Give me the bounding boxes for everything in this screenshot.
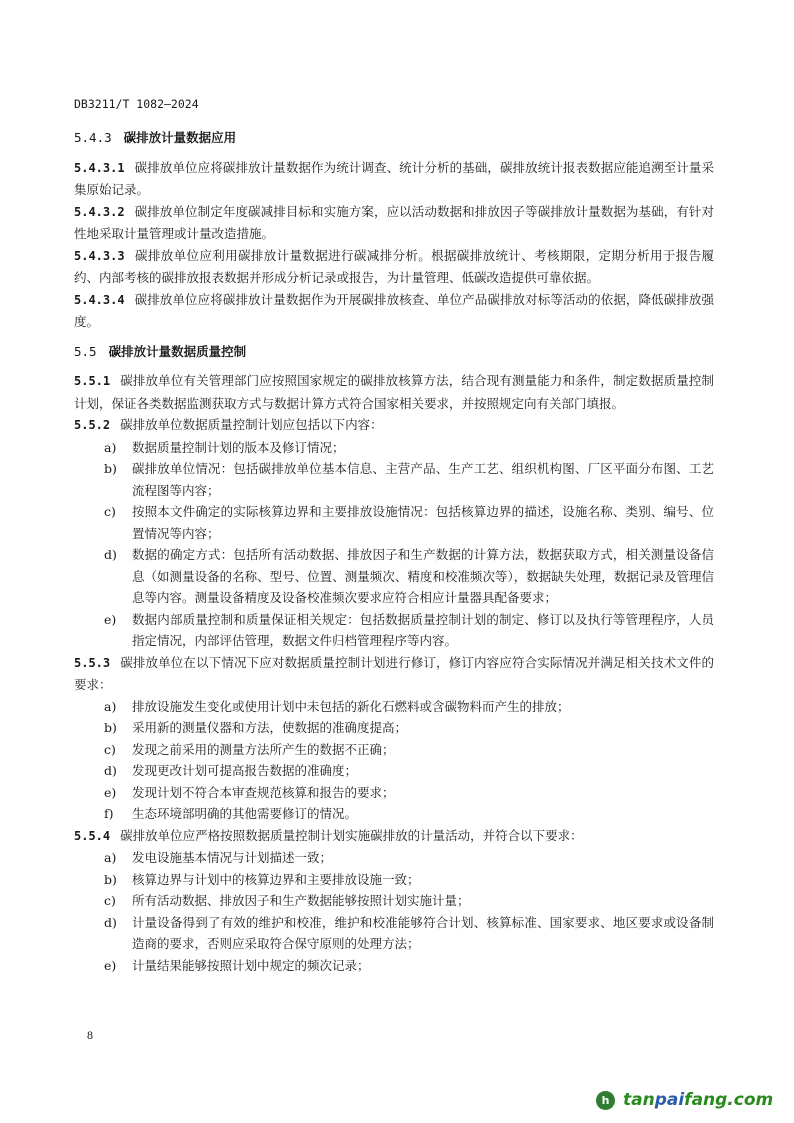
list-marker: e) bbox=[104, 609, 116, 631]
clause-5-4-3-2: 5.4.3.2碳排放单位制定年度碳减排目标和实施方案，应以活动数据和排放因子等碳… bbox=[74, 201, 714, 245]
document-id: DB3211/T 1082—2024 bbox=[74, 97, 199, 111]
clause-text: 碳排放单位有关管理部门应按照国家规定的碳排放核算方法，结合现有测量能力和条件，制… bbox=[74, 373, 714, 411]
clause-text: 碳排放单位应利用碳排放计量数据进行碳减排分析。根据碳排放统计、考核期限，定期分析… bbox=[74, 248, 714, 286]
list-item: f)生态环境部明确的其他需要修订的情况。 bbox=[74, 803, 714, 825]
list-marker: a) bbox=[104, 696, 116, 718]
list-item-text: 所有活动数据、排放因子和生产数据能够按照计划实施计量； bbox=[132, 893, 470, 908]
list-item-text: 生态环境部明确的其他需要修订的情况。 bbox=[132, 806, 357, 821]
clause-text: 碳排放单位数据质量控制计划应包括以下内容： bbox=[120, 417, 383, 432]
clause-number: 5.4.3.1 bbox=[74, 161, 125, 175]
heading-5-5: 5.5碳排放计量数据质量控制 bbox=[74, 341, 714, 363]
watermark-text: tanpaifang.com bbox=[623, 1090, 773, 1110]
list-item: b)碳排放单位情况：包括碳排放单位基本信息、主营产品、生产工艺、组织机构图、厂区… bbox=[74, 458, 714, 501]
heading-number: 5.4.3 bbox=[74, 130, 112, 145]
clause-number: 5.4.3.2 bbox=[74, 205, 125, 219]
page-number: 8 bbox=[87, 1028, 93, 1043]
list-item-text: 数据内部质量控制和质量保证相关规定：包括数据质量控制计划的制定、修订以及执行等管… bbox=[132, 612, 714, 649]
clause-number: 5.5.4 bbox=[74, 829, 110, 843]
clause-5-5-2-list: a)数据质量控制计划的版本及修订情况； b)碳排放单位情况：包括碳排放单位基本信… bbox=[74, 437, 714, 652]
clause-5-5-4: 5.5.4碳排放单位应严格按照数据质量控制计划实施碳排放的计量活动，并符合以下要… bbox=[74, 825, 714, 848]
list-item: c)按照本文件确定的实际核算边界和主要排放设施情况：包括核算边界的描述，设施名称… bbox=[74, 501, 714, 544]
list-item-text: 按照本文件确定的实际核算边界和主要排放设施情况：包括核算边界的描述，设施名称、类… bbox=[132, 504, 714, 541]
list-item-text: 发现更改计划可提高报告数据的准确度； bbox=[132, 763, 357, 778]
list-marker: b) bbox=[104, 717, 117, 739]
clause-5-4-3-4: 5.4.3.4碳排放单位应将碳排放计量数据作为开展碳排放核查、单位产品碳排放对标… bbox=[74, 289, 714, 333]
list-marker: d) bbox=[104, 760, 117, 782]
list-marker: b) bbox=[104, 869, 117, 891]
list-item-text: 发电设施基本情况与计划描述一致； bbox=[132, 850, 332, 865]
clause-number: 5.5.3 bbox=[74, 656, 110, 670]
clause-text: 碳排放单位在以下情况下应对数据质量控制计划进行修订，修订内容应符合实际情况并满足… bbox=[74, 655, 714, 693]
list-marker: d) bbox=[104, 912, 117, 934]
heading-5-4-3: 5.4.3碳排放计量数据应用 bbox=[74, 127, 714, 149]
list-item: e)计量结果能够按照计划中规定的频次记录； bbox=[74, 955, 714, 977]
list-item: e)发现计划不符合本审查规范核算和报告的要求； bbox=[74, 782, 714, 804]
clause-text: 碳排放单位应将碳排放计量数据作为开展碳排放核查、单位产品碳排放对标等活动的依据，… bbox=[74, 292, 714, 330]
clause-text: 碳排放单位应严格按照数据质量控制计划实施碳排放的计量活动，并符合以下要求： bbox=[120, 828, 583, 843]
list-item-text: 数据的确定方式：包括所有活动数据、排放因子和生产数据的计算方法，数据获取方式，相… bbox=[132, 547, 714, 605]
list-item-text: 计量设备得到了有效的维护和校准，维护和校准能够符合计划、核算标准、国家要求、地区… bbox=[132, 915, 714, 952]
list-marker: a) bbox=[104, 437, 116, 459]
clause-text: 碳排放单位制定年度碳减排目标和实施方案，应以活动数据和排放因子等碳排放计量数据为… bbox=[74, 204, 714, 242]
list-item: b)核算边界与计划中的核算边界和主要排放设施一致； bbox=[74, 869, 714, 891]
list-item: b)采用新的测量仪器和方法，使数据的准确度提高； bbox=[74, 717, 714, 739]
list-marker: a) bbox=[104, 847, 116, 869]
list-item: a)数据质量控制计划的版本及修订情况； bbox=[74, 437, 714, 459]
heading-title: 碳排放计量数据质量控制 bbox=[109, 344, 247, 359]
clause-number: 5.4.3.3 bbox=[74, 249, 125, 263]
document-body: 5.4.3碳排放计量数据应用 5.4.3.1碳排放单位应将碳排放计量数据作为统计… bbox=[74, 127, 714, 976]
list-item-text: 计量结果能够按照计划中规定的频次记录； bbox=[132, 958, 370, 973]
list-marker: b) bbox=[104, 458, 117, 480]
clause-5-5-1: 5.5.1碳排放单位有关管理部门应按照国家规定的碳排放核算方法，结合现有测量能力… bbox=[74, 370, 714, 414]
clause-number: 5.4.3.4 bbox=[74, 293, 125, 307]
list-marker: c) bbox=[104, 501, 116, 523]
heading-title: 碳排放计量数据应用 bbox=[124, 130, 237, 145]
list-item: d)计量设备得到了有效的维护和校准，维护和校准能够符合计划、核算标准、国家要求、… bbox=[74, 912, 714, 955]
clause-5-5-3: 5.5.3碳排放单位在以下情况下应对数据质量控制计划进行修订，修订内容应符合实际… bbox=[74, 652, 714, 696]
list-item: c)所有活动数据、排放因子和生产数据能够按照计划实施计量； bbox=[74, 890, 714, 912]
list-item-text: 发现计划不符合本审查规范核算和报告的要求； bbox=[132, 785, 395, 800]
watermark: h tanpaifang.com bbox=[596, 1090, 773, 1110]
tanpaifang-logo-icon: h bbox=[596, 1091, 615, 1110]
clause-text: 碳排放单位应将碳排放计量数据作为统计调查、统计分析的基础，碳排放统计报表数据应能… bbox=[74, 160, 714, 198]
list-item: a)排放设施发生变化或使用计划中未包括的新化石燃料或含碳物料而产生的排放； bbox=[74, 696, 714, 718]
list-item: e)数据内部质量控制和质量保证相关规定：包括数据质量控制计划的制定、修订以及执行… bbox=[74, 609, 714, 652]
list-item-text: 排放设施发生变化或使用计划中未包括的新化石燃料或含碳物料而产生的排放； bbox=[132, 699, 570, 714]
list-item: c)发现之前采用的测量方法所产生的数据不正确； bbox=[74, 739, 714, 761]
list-item-text: 核算边界与计划中的核算边界和主要排放设施一致； bbox=[132, 872, 420, 887]
list-marker: c) bbox=[104, 890, 116, 912]
watermark-part: fang.com bbox=[684, 1090, 773, 1110]
list-item-text: 采用新的测量仪器和方法，使数据的准确度提高； bbox=[132, 720, 407, 735]
list-item: d)数据的确定方式：包括所有活动数据、排放因子和生产数据的计算方法，数据获取方式… bbox=[74, 544, 714, 609]
watermark-part: tan bbox=[623, 1090, 655, 1110]
clause-number: 5.5.1 bbox=[74, 374, 110, 388]
watermark-part: pai bbox=[655, 1090, 684, 1110]
list-marker: e) bbox=[104, 782, 116, 804]
clause-5-4-3-3: 5.4.3.3碳排放单位应利用碳排放计量数据进行碳减排分析。根据碳排放统计、考核… bbox=[74, 245, 714, 289]
list-item-text: 数据质量控制计划的版本及修订情况； bbox=[132, 440, 345, 455]
list-marker: c) bbox=[104, 739, 116, 761]
list-marker: f) bbox=[104, 803, 114, 825]
clause-5-5-4-list: a)发电设施基本情况与计划描述一致； b)核算边界与计划中的核算边界和主要排放设… bbox=[74, 847, 714, 976]
list-item: d)发现更改计划可提高报告数据的准确度； bbox=[74, 760, 714, 782]
list-item-text: 碳排放单位情况：包括碳排放单位基本信息、主营产品、生产工艺、组织机构图、厂区平面… bbox=[132, 461, 714, 498]
clause-number: 5.5.2 bbox=[74, 418, 110, 432]
list-item: a)发电设施基本情况与计划描述一致； bbox=[74, 847, 714, 869]
list-marker: e) bbox=[104, 955, 116, 977]
heading-number: 5.5 bbox=[74, 344, 97, 359]
list-marker: d) bbox=[104, 544, 117, 566]
clause-5-5-2: 5.5.2碳排放单位数据质量控制计划应包括以下内容： bbox=[74, 414, 714, 437]
clause-5-5-3-list: a)排放设施发生变化或使用计划中未包括的新化石燃料或含碳物料而产生的排放； b)… bbox=[74, 696, 714, 825]
list-item-text: 发现之前采用的测量方法所产生的数据不正确； bbox=[132, 742, 395, 757]
clause-5-4-3-1: 5.4.3.1碳排放单位应将碳排放计量数据作为统计调查、统计分析的基础，碳排放统… bbox=[74, 157, 714, 201]
